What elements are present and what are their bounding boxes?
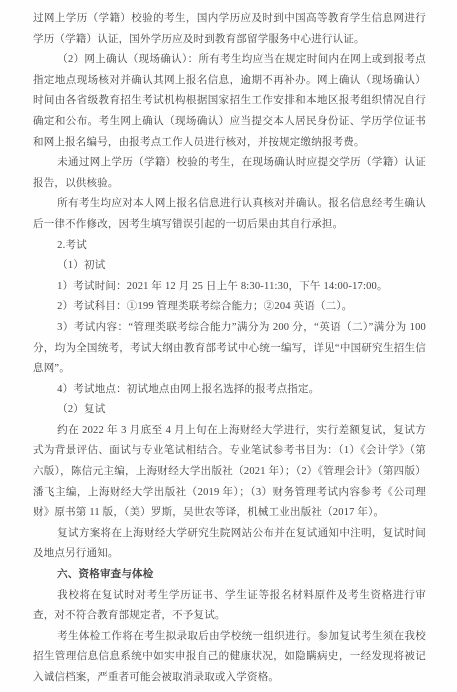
section-heading-qualification-review: 六、资格审查与体检 bbox=[33, 565, 426, 586]
list-item-preliminary-exam: （1）初试 bbox=[33, 256, 426, 277]
paragraph-info-confirmation: 所有考生均应对本人网上报名信息进行认真核对并确认。报名信息经考生确认后一律不作修… bbox=[33, 194, 426, 235]
list-item-exam: 2.考试 bbox=[33, 236, 426, 257]
document-page: 过网上学历（学籍）校验的考生，国内学历应及时到中国高等教育学生信息网进行学历（学… bbox=[0, 0, 457, 692]
paragraph-degree-verification: 过网上学历（学籍）校验的考生，国内学历应及时到中国高等教育学生信息网进行学历（学… bbox=[33, 9, 426, 50]
list-item-exam-time: 1）考试时间：2021 年 12 月 25 日上午 8:30-11:30，下午 … bbox=[33, 277, 426, 298]
list-item-exam-subjects: 2）考试科目：①199 管理类联考综合能力；②204 英语（二）。 bbox=[33, 297, 426, 318]
list-item-retest: （2）复试 bbox=[33, 400, 426, 421]
paragraph-unverified-candidates: 未通过网上学历（学籍）校验的考生，在现场确认时应提交学历（学籍）认证报告，以供核… bbox=[33, 153, 426, 194]
paragraph-retest-details: 约在 2022 年 3 月底至 4 月上旬在上海财经大学进行，实行差额复试，复试… bbox=[33, 421, 426, 524]
paragraph-retest-plan: 复试方案将在上海财经大学研究生院网站公布并在复试通知中注明，复试时间及地点另行通… bbox=[33, 524, 426, 565]
list-item-exam-content: 3）考试内容：“管理类联考综合能力”满分为 200 分，“英语（二）”满分为 1… bbox=[33, 318, 426, 380]
paragraph-physical-exam: 考生体检工作将在考生拟录取后由学校统一组织进行。参加复试考生须在我校招生管理信息… bbox=[33, 627, 426, 689]
paragraph-online-confirmation: （2）网上确认（现场确认）：所有考生均应当在规定时间内在网上或到报考点指定地点现… bbox=[33, 50, 426, 153]
paragraph-qualification-review: 我校将在复试时对考生学历证书、学生证等报名材料原件及考生资格进行审查，对不符合教… bbox=[33, 586, 426, 627]
list-item-exam-location: 4）考试地点：初试地点由网上报名选择的报考点指定。 bbox=[33, 380, 426, 401]
